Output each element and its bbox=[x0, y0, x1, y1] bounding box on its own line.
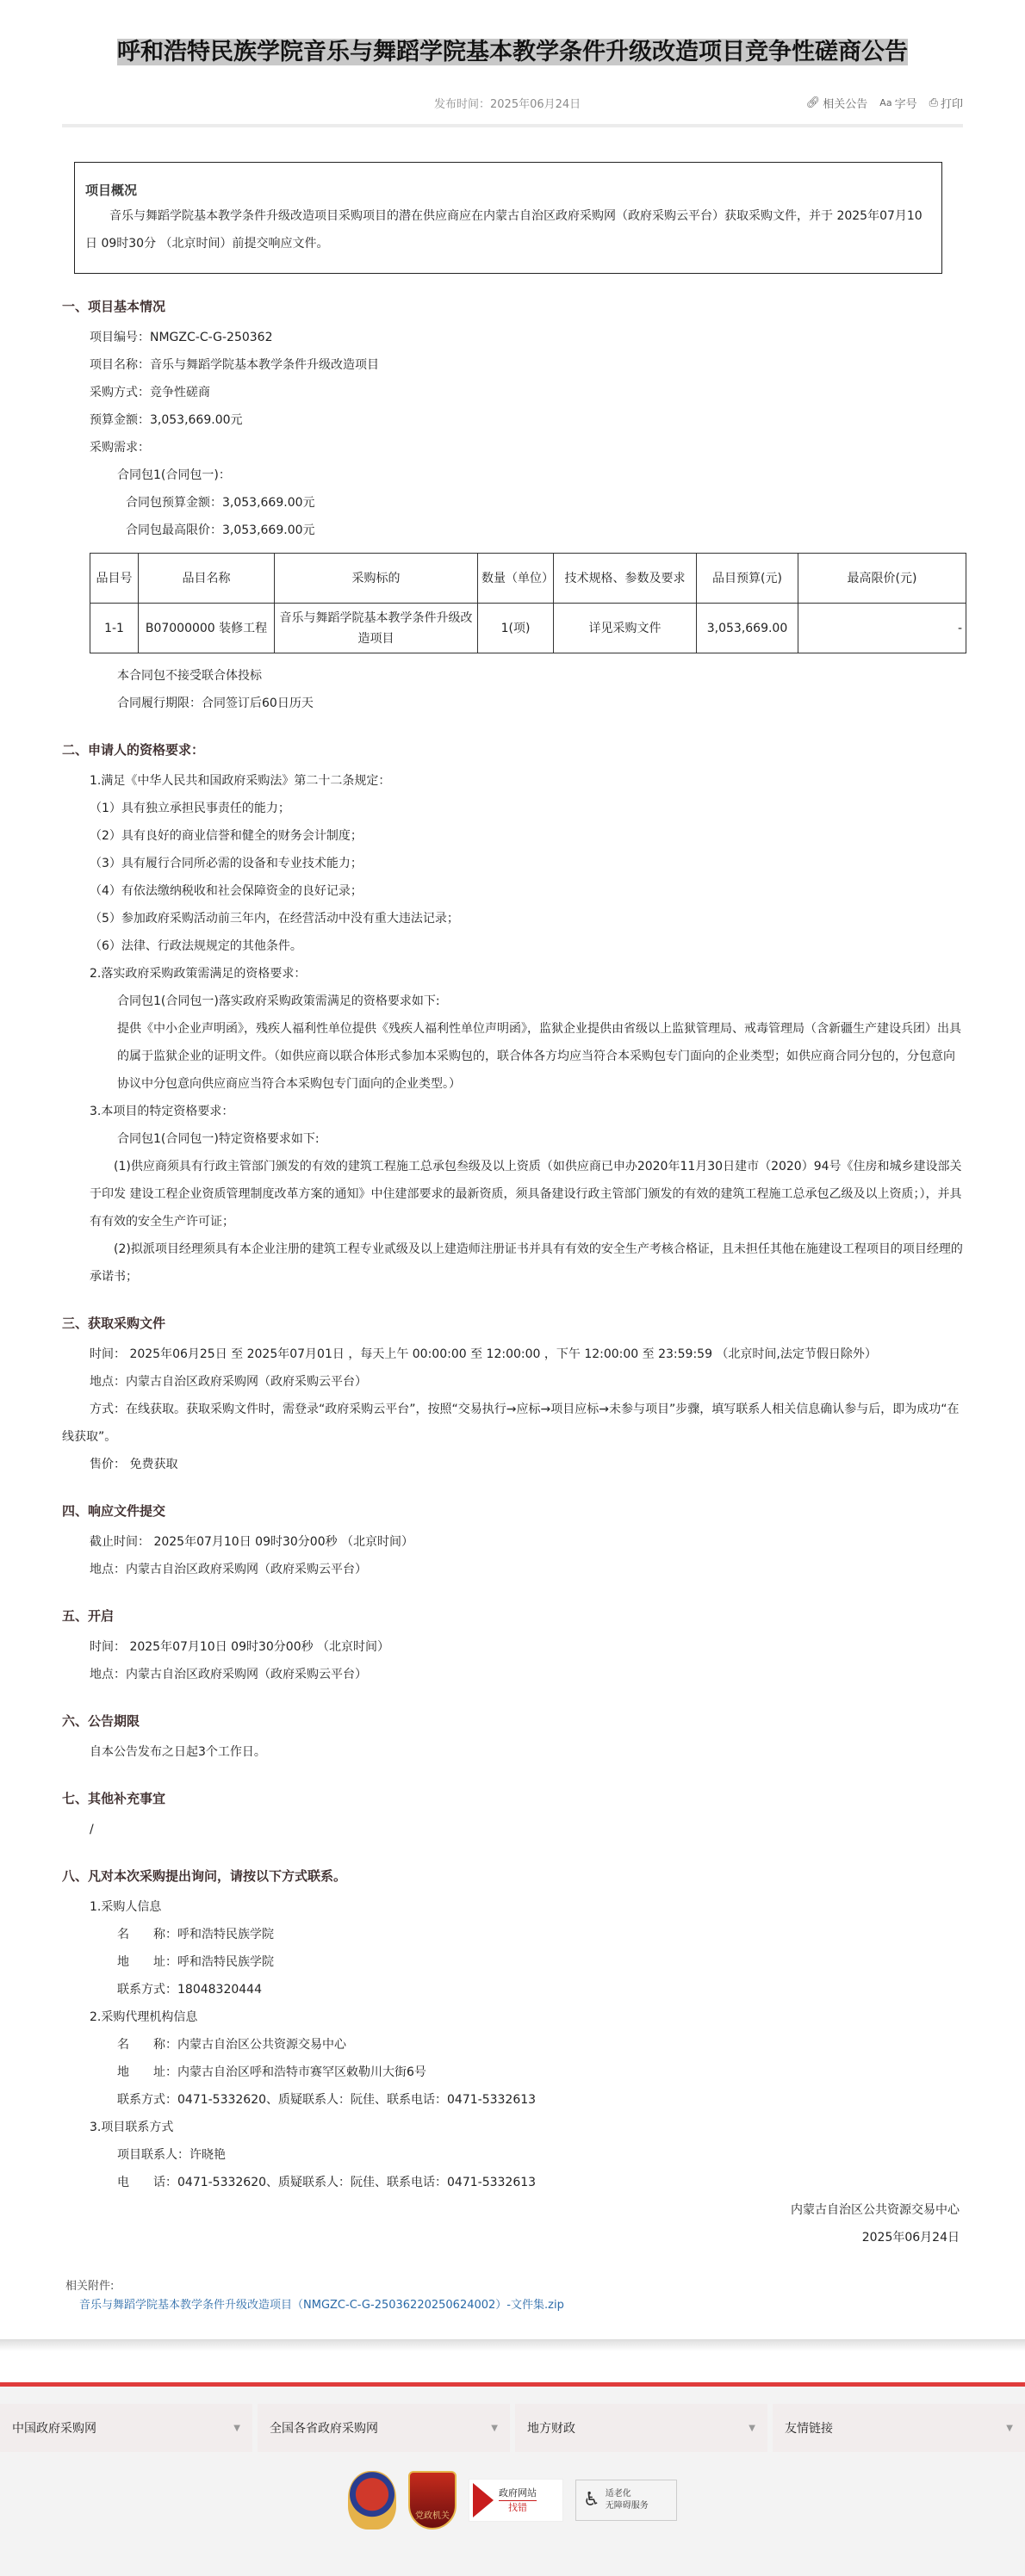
qualification-item: 2.落实政府采购政策需满足的资格要求： bbox=[62, 960, 963, 988]
buyer-address: 地 址：呼和浩特民族学院 bbox=[62, 1948, 963, 1976]
overview-text: 音乐与舞蹈学院基本教学条件升级改造项目采购项目的潜在供应商应在内蒙古自治区政府采… bbox=[85, 202, 931, 257]
package-max-price: 合同包最高限价：3,053,669.00元 bbox=[62, 517, 963, 544]
accessibility-button[interactable]: ♿︎ 适老化无障碍服务 bbox=[575, 2480, 677, 2521]
print-button[interactable]: ⎙打印 bbox=[929, 95, 963, 111]
attachments-label: 相关附件: bbox=[65, 2277, 963, 2296]
project-name: 项目名称：音乐与舞蹈学院基本教学条件升级改造项目 bbox=[62, 351, 963, 379]
overview-title: 项目概况 bbox=[85, 178, 931, 202]
condition: （6）法律、行政法规规定的其他条件。 bbox=[62, 932, 963, 960]
specific-subtitle: 合同包1(合同包一)特定资格要求如下: bbox=[62, 1125, 963, 1153]
font-size-icon: Aa bbox=[879, 97, 891, 108]
header: 呼和浩特民族学院音乐与舞蹈学院基本教学条件升级改造项目竞争性磋商公告 bbox=[0, 0, 1025, 74]
signature-org: 内蒙古自治区公共资源交易中心 bbox=[62, 2196, 963, 2224]
opening-place: 地点：内蒙古自治区政府采购网（政府采购云平台） bbox=[62, 1661, 963, 1688]
opening-time: 时间： 2025年07月10日 09时30分00秒 （北京时间） bbox=[62, 1633, 963, 1661]
buyer-contact: 联系方式：18048320444 bbox=[62, 1976, 963, 2003]
agency-address: 地 址：内蒙古自治区呼和浩特市赛罕区敕勒川大街6号 bbox=[62, 2059, 963, 2086]
dropdown-arrow-icon: ▼ bbox=[491, 2424, 498, 2433]
font-size-button[interactable]: Aa字号 bbox=[879, 95, 916, 111]
table-row: 1-1 B07000000 装修工程 音乐与舞蹈学院基本教学条件升级改造项目 1… bbox=[90, 604, 966, 653]
agency-contact: 联系方式：0471-5332620、质疑联系人：阮佳、联系电话：0471-533… bbox=[62, 2086, 963, 2114]
section-heading: 六、公告期限 bbox=[62, 1711, 963, 1731]
submit-place: 地点：内蒙古自治区政府采购网（政府采购云平台） bbox=[62, 1556, 963, 1583]
police-emblem-icon[interactable] bbox=[348, 2471, 396, 2530]
condition: （2）具有良好的商业信誉和健全的财务会计制度； bbox=[62, 822, 963, 850]
section-heading: 五、开启 bbox=[62, 1606, 963, 1626]
specific-requirement: (2)拟派项目经理须具有本企业注册的建筑工程专业贰级及以上建造师注册证书并具有有… bbox=[62, 1235, 963, 1291]
condition: （3）具有履行合同所必需的设备和专业技术能力； bbox=[62, 850, 963, 877]
condition: （4）有依法缴纳税收和社会保障资金的良好记录； bbox=[62, 877, 963, 905]
link-icon: 🔗︎ bbox=[806, 96, 821, 109]
procurement-demand: 采购需求： bbox=[62, 434, 963, 461]
notice-period: 自本公告发布之日起3个工作日。 bbox=[62, 1738, 963, 1766]
project-contact-person: 项目联系人：许晓艳 bbox=[62, 2141, 963, 2169]
gov-site-findbug-badge[interactable]: 政府网站找错 bbox=[469, 2479, 563, 2522]
page-title: 呼和浩特民族学院音乐与舞蹈学院基本教学条件升级改造项目竞争性磋商公告 bbox=[117, 39, 908, 65]
wheelchair-icon: ♿︎ bbox=[583, 2494, 600, 2506]
specific-requirement: (1)供应商须具有行政主管部门颁发的有效的建筑工程施工总承包叁级及以上资质（如供… bbox=[62, 1153, 963, 1235]
footer-badges: 党政机关 政府网站找错 ♿︎ 适老化无障碍服务 bbox=[0, 2471, 1025, 2530]
dropdown-arrow-icon: ▼ bbox=[1006, 2424, 1013, 2433]
buyer-info-title: 1.采购人信息 bbox=[62, 1893, 963, 1921]
nav-ccgp-dropdown[interactable]: 中国政府采购网▼ bbox=[0, 2404, 252, 2452]
dropdown-arrow-icon: ▼ bbox=[233, 2424, 240, 2433]
footer-shadow bbox=[0, 2339, 1025, 2351]
section-heading: 三、获取采购文件 bbox=[62, 1313, 963, 1334]
qualification-item: 1.满足《中华人民共和国政府采购法》第二十二条规定： bbox=[62, 767, 963, 795]
supplementary-text: / bbox=[62, 1816, 963, 1843]
package-budget: 合同包预算金额：3,053,669.00元 bbox=[62, 489, 963, 517]
attachments: 相关附件: 音乐与舞蹈学院基本教学条件升级改造项目（NMGZC-C-G-2503… bbox=[62, 2277, 963, 2315]
page: 呼和浩特民族学院音乐与舞蹈学院基本教学条件升级改造项目竞争性磋商公告 发布时间：… bbox=[0, 0, 1025, 2576]
overview-box: 项目概况 音乐与舞蹈学院基本教学条件升级改造项目采购项目的潜在供应商应在内蒙古自… bbox=[74, 162, 942, 274]
project-contact-title: 3.项目联系方式 bbox=[62, 2114, 963, 2141]
agency-info-title: 2.采购代理机构信息 bbox=[62, 2003, 963, 2031]
attachment-link[interactable]: 音乐与舞蹈学院基本教学条件升级改造项目（NMGZC-C-G-2503622025… bbox=[65, 2296, 963, 2315]
project-contact-phone: 电 话：0471-5332620、质疑联系人：阮佳、联系电话：0471-5332… bbox=[62, 2169, 963, 2196]
contract-term: 合同履行期限：合同签订后60日历天 bbox=[62, 690, 963, 717]
nav-local-finance-dropdown[interactable]: 地方财政▼ bbox=[515, 2404, 767, 2452]
acquire-method: 方式：在线获取。获取采购文件时，需登录“政府采购云平台”，按照“交易执行→应标→… bbox=[62, 1396, 963, 1451]
section-heading: 八、凡对本次采购提出询问，请按以下方式联系。 bbox=[62, 1866, 963, 1886]
buyer-name: 名 称：呼和浩特民族学院 bbox=[62, 1921, 963, 1948]
section-heading: 一、项目基本情况 bbox=[62, 296, 963, 317]
footer-background: 中国政府采购网▼ 全国各省政府采购网▼ 地方财政▼ 友情链接▼ 党政机关 政府网… bbox=[0, 2387, 1025, 2576]
package-label: 合同包1(合同包一)： bbox=[62, 461, 963, 489]
footer: 中国政府采购网▼ 全国各省政府采购网▼ 地方财政▼ 友情链接▼ 党政机关 政府网… bbox=[0, 2339, 1025, 2576]
policy-text: 提供《中小企业声明函》，残疾人福利性单位提供《残疾人福利性单位声明函》，监狱企业… bbox=[62, 1015, 963, 1098]
related-notices-button[interactable]: 🔗︎相关公告 bbox=[806, 95, 868, 111]
toolbar: 🔗︎相关公告 Aa字号 ⎙打印 bbox=[806, 95, 963, 111]
section-heading: 二、申请人的资格要求： bbox=[62, 740, 963, 760]
condition: （5）参加政府采购活动前三年内，在经营活动中没有重大违法记录； bbox=[62, 905, 963, 932]
project-number: 项目编号：NMGZC-C-G-250362 bbox=[62, 324, 963, 351]
publish-time: 发布时间：2025年06月24日 bbox=[434, 95, 581, 111]
footer-nav: 中国政府采购网▼ 全国各省政府采购网▼ 地方财政▼ 友情链接▼ bbox=[0, 2387, 1025, 2452]
section-heading: 七、其他补充事宜 bbox=[62, 1788, 963, 1809]
article-body: 项目概况 音乐与舞蹈学院基本教学条件升级改造项目采购项目的潜在供应商应在内蒙古自… bbox=[0, 162, 1025, 2315]
agency-name: 名 称：内蒙古自治区公共资源交易中心 bbox=[62, 2031, 963, 2059]
condition: （1）具有独立承担民事责任的能力； bbox=[62, 795, 963, 822]
acquire-time: 时间： 2025年06月25日 至 2025年07月01日 ，每天上午 00:0… bbox=[62, 1341, 963, 1368]
dropdown-arrow-icon: ▼ bbox=[749, 2424, 755, 2433]
nav-provinces-dropdown[interactable]: 全国各省政府采购网▼ bbox=[258, 2404, 510, 2452]
procurement-method: 采购方式：竞争性磋商 bbox=[62, 379, 963, 406]
budget-amount: 预算金额：3,053,669.00元 bbox=[62, 406, 963, 434]
qualification-item: 3.本项目的特定资格要求： bbox=[62, 1098, 963, 1125]
section-heading: 四、响应文件提交 bbox=[62, 1501, 963, 1521]
nav-friendly-links-dropdown[interactable]: 友情链接▼ bbox=[773, 2404, 1025, 2452]
submit-deadline: 截止时间： 2025年07月10日 09时30分00秒 （北京时间） bbox=[62, 1528, 963, 1556]
meta-bar: 发布时间：2025年06月24日 🔗︎相关公告 Aa字号 ⎙打印 bbox=[62, 90, 963, 124]
magnifier-icon bbox=[473, 2483, 494, 2517]
signature-date: 2025年06月24日 bbox=[62, 2224, 963, 2251]
acquire-price: 售价： 免费获取 bbox=[62, 1451, 963, 1478]
no-consortium-note: 本合同包不接受联合体投标 bbox=[62, 662, 963, 690]
party-gov-badge[interactable]: 党政机关 bbox=[408, 2471, 457, 2530]
divider bbox=[62, 124, 963, 127]
items-table: 品目号 品目名称 采购标的 数量（单位） 技术规格、参数及要求 品目预算(元) … bbox=[90, 553, 966, 653]
print-icon: ⎙ bbox=[929, 96, 938, 109]
acquire-place: 地点：内蒙古自治区政府采购网（政府采购云平台） bbox=[62, 1368, 963, 1396]
policy-subtitle: 合同包1(合同包一)落实政府采购政策需满足的资格要求如下: bbox=[62, 988, 963, 1015]
